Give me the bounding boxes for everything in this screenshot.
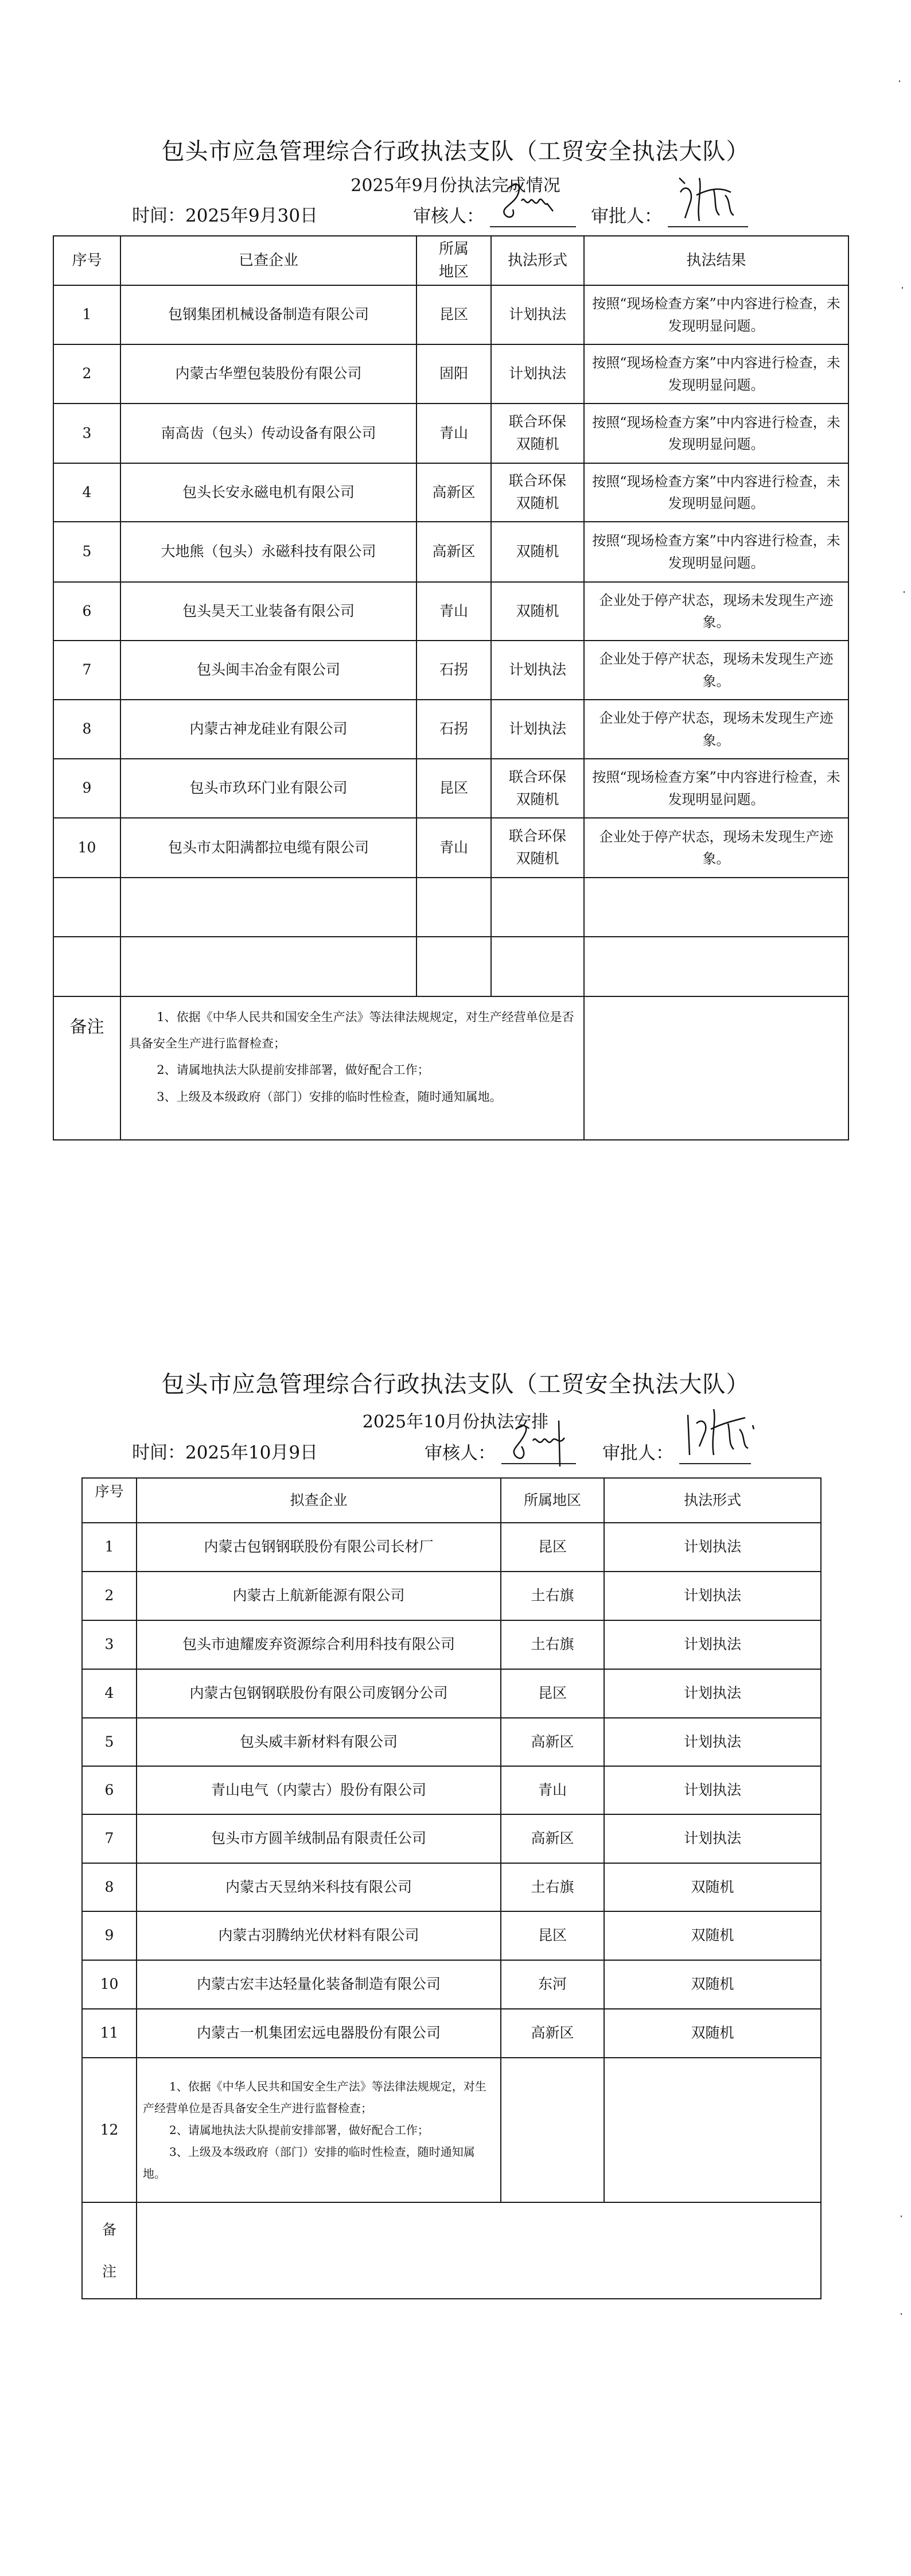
cell-form: 计划执法 <box>604 1572 821 1620</box>
table-row: 1 内蒙古包钢钢联股份有限公司长材厂 昆区 计划执法 <box>82 1523 821 1572</box>
cell-company: 包头昊天工业装备有限公司 <box>120 582 416 641</box>
cell-no: 9 <box>82 1911 137 1960</box>
doc2-reviewer-signature <box>501 1438 576 1464</box>
cell-form: 联合环保双随机 <box>491 404 584 463</box>
table-row: 2 内蒙古华塑包装股份有限公司 固阳 计划执法 按照“现场检查方案”中内容进行检… <box>53 344 848 404</box>
remarks-row: 备注 1、依据《中华人民共和国安全生产法》等法律法规规定，对生产经营单位是否具备… <box>53 996 848 1140</box>
doc2-table: 序号 拟查企业 所属地区 执法形式 1 内蒙古包钢钢联股份有限公司长材厂 昆区 … <box>81 1477 822 2299</box>
cell-region: 高新区 <box>501 1814 604 1863</box>
cell-result: 按照“现场检查方案”中内容进行检查，未发现明显问题。 <box>584 463 848 522</box>
table-row: 9 包头市玖环门业有限公司 昆区 联合环保双随机 按照“现场检查方案”中内容进行… <box>53 759 848 818</box>
doc1-title: 包头市应急管理综合行政执法支队（工贸安全执法大队） <box>0 133 911 166</box>
scan-artifact <box>899 80 900 82</box>
cell-form: 计划执法 <box>604 1669 821 1718</box>
scan-artifact <box>901 2313 902 2315</box>
cell-no: 2 <box>82 1572 137 1620</box>
cell-company: 内蒙古天昱纳米科技有限公司 <box>137 1863 501 1911</box>
table-row: 6 青山电气（内蒙古）股份有限公司 青山 计划执法 <box>82 1766 821 1814</box>
cell-company: 包头市太阳满都拉电缆有限公司 <box>120 818 416 878</box>
cell-company: 包头市玖环门业有限公司 <box>120 759 416 818</box>
cell-form: 双随机 <box>604 1911 821 1960</box>
remarks-blank-cell <box>584 996 848 1140</box>
table-row: 10 内蒙古宏丰达轻量化装备制造有限公司 东河 双随机 <box>82 1960 821 2009</box>
table-row: 5 包头威丰新材料有限公司 高新区 计划执法 <box>82 1718 821 1766</box>
cell-company: 包头市方圆羊绒制品有限责任公司 <box>137 1814 501 1863</box>
doc2-meta-line: 时间：2025年10月9日 <box>132 1438 318 1464</box>
cell-no: 5 <box>53 522 120 582</box>
cell-form <box>604 2058 821 2202</box>
col-header-form: 执法形式 <box>491 236 584 285</box>
table-row: 6 包头昊天工业装备有限公司 青山 双随机 企业处于停产状态，现场未发现生产迹象… <box>53 582 848 641</box>
note-item: 2、请属地执法大队提前安排部署，做好配合工作； <box>143 2119 495 2141</box>
cell-company: 包头闽丰冶金有限公司 <box>120 641 416 700</box>
remark-item: 3、上级及本级政府（部门）安排的临时性检查，随时通知属地。 <box>129 1084 575 1110</box>
col-header-form: 执法形式 <box>604 1478 821 1523</box>
col-header-region: 所属地区 <box>416 236 491 285</box>
cell-result: 按照“现场检查方案”中内容进行检查，未发现明显问题。 <box>584 522 848 582</box>
cell-form: 联合环保双随机 <box>491 818 584 878</box>
table-row-empty <box>53 937 848 996</box>
doc1-approver: 审批人： <box>591 201 748 227</box>
cell-no: 5 <box>82 1718 137 1766</box>
cell-result: 企业处于停产状态，现场未发现生产迹象。 <box>584 700 848 759</box>
cell-result: 按照“现场检查方案”中内容进行检查，未发现明显问题。 <box>584 759 848 818</box>
cell-no: 7 <box>82 1814 137 1863</box>
cell-region: 昆区 <box>501 1911 604 1960</box>
scan-artifact <box>901 2216 902 2217</box>
cell-company: 包头长安永磁电机有限公司 <box>120 463 416 522</box>
cell-form <box>491 937 584 996</box>
cell-region: 高新区 <box>501 1718 604 1766</box>
cell-region: 青山 <box>416 404 491 463</box>
table-row: 4 包头长安永磁电机有限公司 高新区 联合环保双随机 按照“现场检查方案”中内容… <box>53 463 848 522</box>
table-row: 2 内蒙古上航新能源有限公司 土右旗 计划执法 <box>82 1572 821 1620</box>
cell-no: 12 <box>82 2058 137 2202</box>
cell-region: 昆区 <box>416 759 491 818</box>
cell-form: 计划执法 <box>604 1620 821 1669</box>
doc2-date: 时间：2025年10月9日 <box>132 1442 318 1463</box>
cell-form: 计划执法 <box>604 1814 821 1863</box>
cell-no: 3 <box>82 1620 137 1669</box>
col-header-region: 所属地区 <box>501 1478 604 1523</box>
doc2-reviewer-label: 审核人： <box>425 1443 496 1464</box>
cell-form: 双随机 <box>604 2009 821 2058</box>
cell-region <box>416 878 491 937</box>
cell-no: 8 <box>82 1863 137 1911</box>
cell-result <box>584 937 848 996</box>
cell-region: 青山 <box>501 1766 604 1814</box>
cell-result: 企业处于停产状态，现场未发现生产迹象。 <box>584 641 848 700</box>
cell-no: 10 <box>53 818 120 878</box>
signature-icon <box>679 1398 760 1461</box>
table-row: 10 包头市太阳满都拉电缆有限公司 青山 联合环保双随机 企业处于停产状态，现场… <box>53 818 848 878</box>
table-row: 5 大地熊（包头）永磁科技有限公司 高新区 双随机 按照“现场检查方案”中内容进… <box>53 522 848 582</box>
cell-form <box>491 878 584 937</box>
cell-company: 包头市迪耀废弃资源综合利用科技有限公司 <box>137 1620 501 1669</box>
cell-no <box>53 878 120 937</box>
doc2-approver-signature <box>679 1438 751 1464</box>
cell-no: 1 <box>53 285 120 344</box>
row12-notes: 1、依据《中华人民共和国安全生产法》等法律法规规定，对生产经营单位是否具备安全生… <box>137 2058 501 2202</box>
signature-icon <box>501 1415 587 1467</box>
cell-no: 6 <box>82 1766 137 1814</box>
cell-form: 双随机 <box>491 522 584 582</box>
table-row-notes: 12 1、依据《中华人民共和国安全生产法》等法律法规规定，对生产经营单位是否具备… <box>82 2058 821 2202</box>
cell-company <box>120 937 416 996</box>
remarks-blank-cell <box>137 2202 821 2299</box>
cell-result: 按照“现场检查方案”中内容进行检查，未发现明显问题。 <box>584 344 848 404</box>
cell-no <box>53 937 120 996</box>
cell-company: 内蒙古包钢钢联股份有限公司废钢分公司 <box>137 1669 501 1718</box>
cell-form: 计划执法 <box>604 1718 821 1766</box>
col-header-company: 已查企业 <box>120 236 416 285</box>
cell-region: 青山 <box>416 818 491 878</box>
table-row: 4 内蒙古包钢钢联股份有限公司废钢分公司 昆区 计划执法 <box>82 1669 821 1718</box>
signature-icon <box>668 166 748 224</box>
table-row: 8 内蒙古神龙硅业有限公司 石拐 计划执法 企业处于停产状态，现场未发现生产迹象… <box>53 700 848 759</box>
cell-region: 固阳 <box>416 344 491 404</box>
cell-region: 土右旗 <box>501 1572 604 1620</box>
cell-form: 双随机 <box>604 1863 821 1911</box>
doc1-reviewer-signature <box>490 201 576 227</box>
cell-company: 包头威丰新材料有限公司 <box>137 1718 501 1766</box>
signature-icon <box>490 178 576 224</box>
doc1-approver-label: 审批人： <box>591 206 662 227</box>
table-row: 11 内蒙古一机集团宏远电器股份有限公司 高新区 双随机 <box>82 2009 821 2058</box>
note-item: 3、上级及本级政府（部门）安排的临时性检查，随时通知属地。 <box>143 2141 495 2185</box>
doc1-table: 序号 已查企业 所属地区 执法形式 执法结果 1 包钢集团机械设备制造有限公司 … <box>53 235 849 1140</box>
table-row: 3 南高齿（包头）传动设备有限公司 青山 联合环保双随机 按照“现场检查方案”中… <box>53 404 848 463</box>
cell-region: 石拐 <box>416 700 491 759</box>
cell-form: 双随机 <box>604 1960 821 2009</box>
cell-no: 4 <box>53 463 120 522</box>
remarks-label: 备 注 <box>82 2202 137 2299</box>
cell-region: 土右旗 <box>501 1863 604 1911</box>
doc1-reviewer-label: 审核人： <box>413 206 484 227</box>
table-row-empty <box>53 878 848 937</box>
remarks-text: 1、依据《中华人民共和国安全生产法》等法律法规规定，对生产经营单位是否具备安全生… <box>120 996 584 1140</box>
doc1-meta-line: 时间：2025年9月30日 <box>132 201 318 227</box>
cell-result: 企业处于停产状态，现场未发现生产迹象。 <box>584 582 848 641</box>
table-row: 3 包头市迪耀废弃资源综合利用科技有限公司 土右旗 计划执法 <box>82 1620 821 1669</box>
cell-region: 昆区 <box>416 285 491 344</box>
col-header-no: 序号 <box>53 236 120 285</box>
doc2-reviewer: 审核人： <box>425 1438 576 1464</box>
doc2-subtitle: 2025年10月份执法安排 <box>0 1407 911 1433</box>
cell-company <box>120 878 416 937</box>
remark-item: 1、依据《中华人民共和国安全生产法》等法律法规规定，对生产经营单位是否具备安全生… <box>129 1004 575 1057</box>
cell-result <box>584 878 848 937</box>
remarks-row: 备 注 <box>82 2202 821 2299</box>
cell-company: 南高齿（包头）传动设备有限公司 <box>120 404 416 463</box>
cell-no: 3 <box>53 404 120 463</box>
cell-region: 高新区 <box>501 2009 604 2058</box>
cell-result: 企业处于停产状态，现场未发现生产迹象。 <box>584 818 848 878</box>
table-row: 7 包头市方圆羊绒制品有限责任公司 高新区 计划执法 <box>82 1814 821 1863</box>
cell-form: 计划执法 <box>604 1766 821 1814</box>
cell-region: 高新区 <box>416 522 491 582</box>
cell-result: 按照“现场检查方案”中内容进行检查，未发现明显问题。 <box>584 285 848 344</box>
cell-company: 内蒙古羽腾纳光伏材料有限公司 <box>137 1911 501 1960</box>
cell-company: 内蒙古上航新能源有限公司 <box>137 1572 501 1620</box>
cell-region <box>416 937 491 996</box>
cell-no: 11 <box>82 2009 137 2058</box>
doc2-title: 包头市应急管理综合行政执法支队（工贸安全执法大队） <box>0 1366 911 1399</box>
cell-form: 计划执法 <box>491 344 584 404</box>
cell-region <box>501 2058 604 2202</box>
cell-region: 土右旗 <box>501 1620 604 1669</box>
cell-form: 计划执法 <box>491 641 584 700</box>
doc1-date: 时间：2025年9月30日 <box>132 205 318 226</box>
col-header-result: 执法结果 <box>584 236 848 285</box>
scan-artifact <box>904 591 905 593</box>
scan-artifact <box>902 287 903 289</box>
cell-company: 内蒙古宏丰达轻量化装备制造有限公司 <box>137 1960 501 2009</box>
table-row: 7 包头闽丰冶金有限公司 石拐 计划执法 企业处于停产状态，现场未发现生产迹象。 <box>53 641 848 700</box>
table-header-row: 序号 已查企业 所属地区 执法形式 执法结果 <box>53 236 848 285</box>
cell-region: 昆区 <box>501 1523 604 1572</box>
cell-no: 4 <box>82 1669 137 1718</box>
cell-no: 9 <box>53 759 120 818</box>
cell-no: 1 <box>82 1523 137 1572</box>
table-row: 9 内蒙古羽腾纳光伏材料有限公司 昆区 双随机 <box>82 1911 821 1960</box>
col-header-no: 序号 <box>82 1478 137 1523</box>
doc2-approver: 审批人： <box>602 1438 751 1464</box>
remarks-label: 备注 <box>53 996 120 1140</box>
cell-result: 按照“现场检查方案”中内容进行检查，未发现明显问题。 <box>584 404 848 463</box>
cell-no: 7 <box>53 641 120 700</box>
cell-region: 青山 <box>416 582 491 641</box>
cell-form: 计划执法 <box>604 1523 821 1572</box>
cell-region: 东河 <box>501 1960 604 2009</box>
cell-form: 计划执法 <box>491 700 584 759</box>
cell-company: 青山电气（内蒙古）股份有限公司 <box>137 1766 501 1814</box>
table-header-row: 序号 拟查企业 所属地区 执法形式 <box>82 1478 821 1523</box>
cell-form: 联合环保双随机 <box>491 463 584 522</box>
doc2-approver-label: 审批人： <box>602 1443 673 1464</box>
doc1-subtitle: 2025年9月份执法完成情况 <box>0 171 911 196</box>
cell-company: 内蒙古神龙硅业有限公司 <box>120 700 416 759</box>
cell-region: 昆区 <box>501 1669 604 1718</box>
cell-company: 内蒙古一机集团宏远电器股份有限公司 <box>137 2009 501 2058</box>
remark-item: 2、请属地执法大队提前安排部署，做好配合工作； <box>129 1057 575 1083</box>
cell-form: 计划执法 <box>491 285 584 344</box>
note-item: 1、依据《中华人民共和国安全生产法》等法律法规规定，对生产经营单位是否具备安全生… <box>143 2075 495 2119</box>
table-row: 8 内蒙古天昱纳米科技有限公司 土右旗 双随机 <box>82 1863 821 1911</box>
remarks-label-char: 注 <box>86 2264 133 2279</box>
cell-no: 8 <box>53 700 120 759</box>
cell-no: 10 <box>82 1960 137 2009</box>
cell-region: 石拐 <box>416 641 491 700</box>
cell-company: 内蒙古包钢钢联股份有限公司长材厂 <box>137 1523 501 1572</box>
remarks-label-char: 备 <box>86 2222 133 2237</box>
cell-company: 包钢集团机械设备制造有限公司 <box>120 285 416 344</box>
doc1-approver-signature <box>668 201 748 227</box>
cell-no: 6 <box>53 582 120 641</box>
cell-company: 大地熊（包头）永磁科技有限公司 <box>120 522 416 582</box>
table-row: 1 包钢集团机械设备制造有限公司 昆区 计划执法 按照“现场检查方案”中内容进行… <box>53 285 848 344</box>
cell-form: 双随机 <box>491 582 584 641</box>
cell-form: 联合环保双随机 <box>491 759 584 818</box>
cell-region: 高新区 <box>416 463 491 522</box>
cell-no: 2 <box>53 344 120 404</box>
col-header-company: 拟查企业 <box>137 1478 501 1523</box>
doc1-reviewer: 审核人： <box>413 201 576 227</box>
cell-company: 内蒙古华塑包装股份有限公司 <box>120 344 416 404</box>
